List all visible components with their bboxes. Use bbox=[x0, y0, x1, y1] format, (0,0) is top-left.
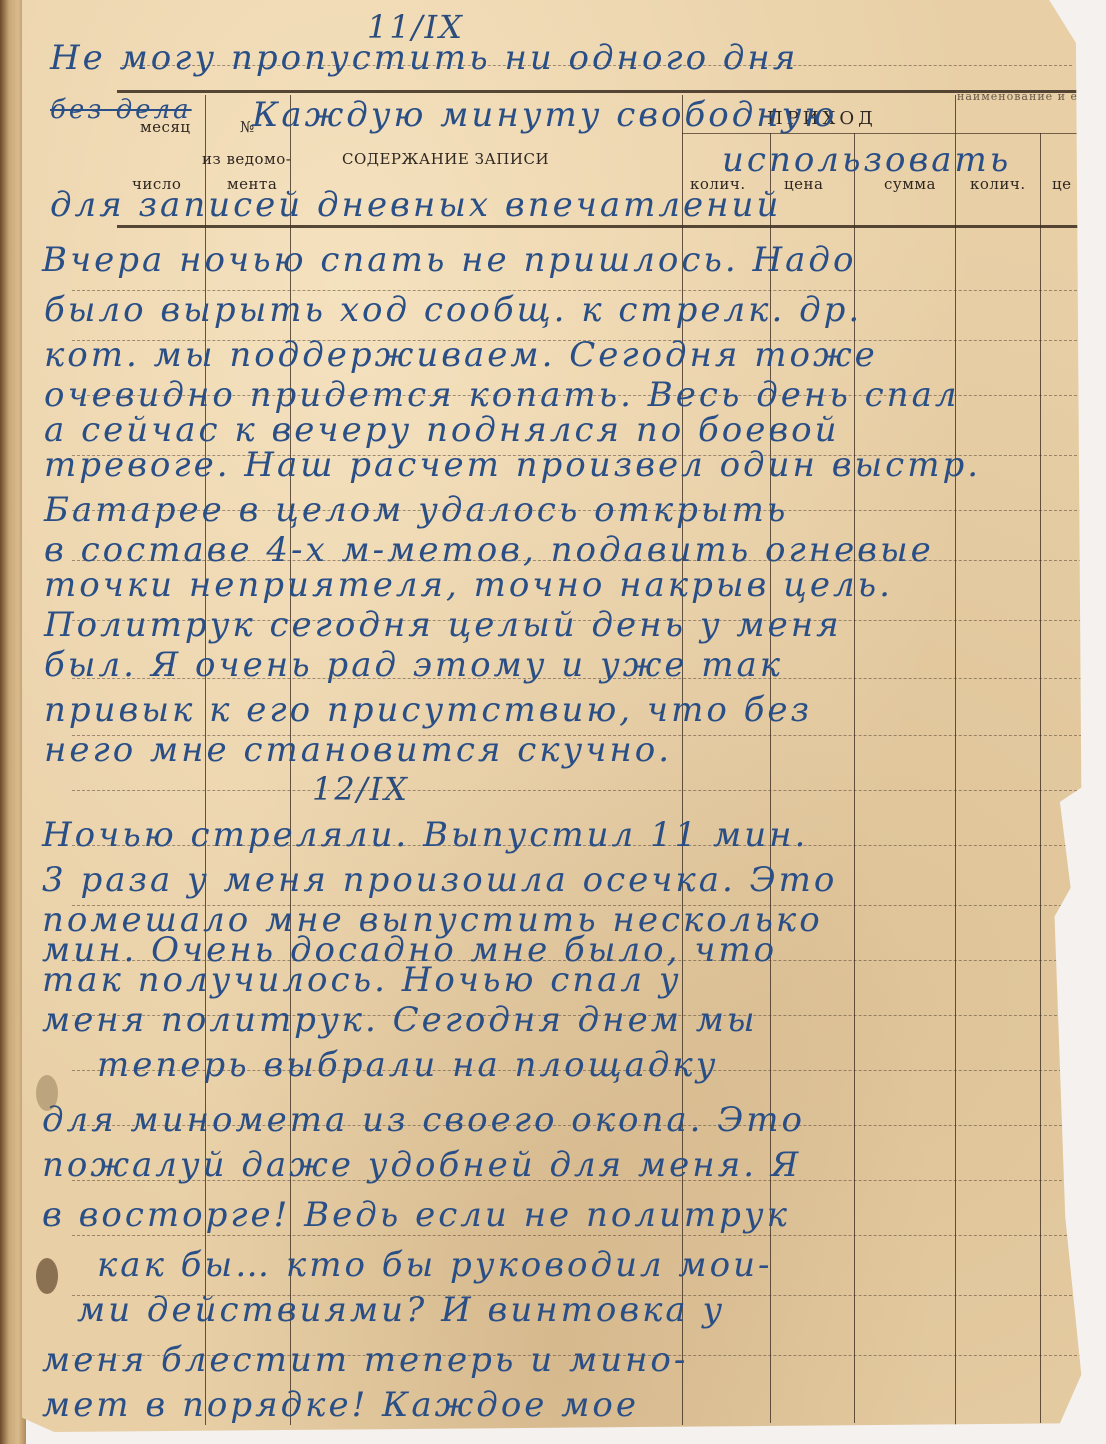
handwritten-line: использовать bbox=[722, 140, 1011, 180]
handwritten-line: Батарее в целом удалось открыть bbox=[44, 490, 788, 530]
entry-date: 12/IX bbox=[312, 770, 409, 808]
handwritten-line: мет в порядке! Каждое мое bbox=[42, 1385, 639, 1425]
handwritten-line: Политрук сегодня целый день у меня bbox=[44, 605, 842, 645]
punch-hole bbox=[36, 1075, 58, 1111]
handwritten-line: для записей дневных впечатлений bbox=[50, 185, 781, 225]
handwritten-line: а сейчас к вечеру поднялся по боевой bbox=[44, 410, 840, 450]
handwritten-line: привык к его присутствию, что без bbox=[44, 690, 812, 730]
handwritten-line: 3 раза у меня произошла осечка. Это bbox=[42, 860, 837, 900]
handwritten-line: Вчера ночью спать не пришлось. Надо bbox=[42, 240, 856, 280]
handwritten-line: пожалуй даже удобней для меня. Я bbox=[42, 1145, 801, 1185]
header-content: СОДЕРЖАНИЕ ЗАПИСИ bbox=[342, 150, 549, 168]
row-rule bbox=[72, 790, 1082, 791]
handwritten-line: так получилось. Ночью спал у bbox=[42, 960, 682, 1000]
col-rule-next bbox=[1040, 133, 1041, 1423]
rule-header-bottom bbox=[117, 225, 1087, 228]
handwritten-line: теперь выбрали на площадку bbox=[97, 1045, 718, 1085]
handwritten-line: кот. мы поддерживаем. Сегодня тоже bbox=[44, 335, 878, 375]
handwritten-line: в составе 4-х м-метов, подавить огневые bbox=[44, 530, 934, 570]
handwritten-line: тревоге. Наш расчет произвел один выстр. bbox=[44, 445, 981, 485]
handwritten-line: меня блестит теперь и мино- bbox=[42, 1340, 688, 1380]
handwritten-line: Не могу пропустить ни одного дня bbox=[50, 38, 798, 78]
header-next-price: це bbox=[1052, 175, 1072, 193]
handwritten-line: Ночью стреляли. Выпустил 11 мин. bbox=[42, 815, 808, 855]
header-docno-2: из ведомо- bbox=[202, 150, 291, 168]
col-rule-sum bbox=[955, 95, 956, 1425]
handwritten-line: в восторге! Ведь если не политрук bbox=[42, 1195, 790, 1235]
rule-header-top bbox=[117, 90, 1087, 93]
handwritten-line: очевидно придется копать. Весь день спал bbox=[44, 375, 960, 415]
handwritten-line: Каждую минуту свободную bbox=[252, 95, 837, 135]
handwritten-line: точки неприятеля, точно накрыв цель. bbox=[44, 565, 893, 605]
header-top-right-fragment: наименование и едини bbox=[957, 90, 1106, 103]
handwritten-line: было вырыть ход сообщ. к стрелк. др. bbox=[44, 290, 862, 330]
diary-page: наименование и едини месяц № из ведомо- … bbox=[22, 0, 1092, 1432]
handwritten-line: меня политрук. Сегодня днем мы bbox=[42, 1000, 758, 1040]
handwritten-line: без дела bbox=[50, 95, 192, 125]
handwritten-line: был. Я очень рад этому и уже так bbox=[44, 645, 783, 685]
handwritten-line: ми действиями? И винтовка у bbox=[77, 1290, 725, 1330]
handwritten-line: него мне становится скучно. bbox=[44, 730, 672, 770]
handwritten-line: как бы… кто бы руководил мои- bbox=[97, 1245, 772, 1285]
handwritten-line: для миномета из своего окопа. Это bbox=[42, 1100, 805, 1140]
row-rule bbox=[72, 1235, 1082, 1236]
punch-hole bbox=[36, 1258, 58, 1294]
